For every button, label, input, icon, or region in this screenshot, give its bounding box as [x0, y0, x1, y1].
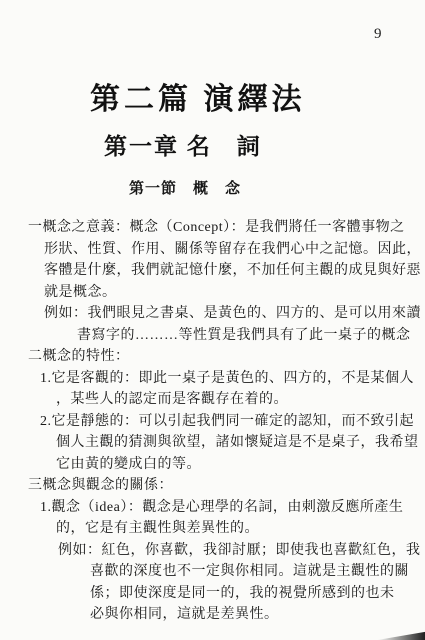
body-line: 二概念的特性：	[0, 346, 425, 368]
body-line: 一概念之意義：概念（Concept）：是我們將任一客體事物之	[0, 217, 425, 239]
body-line: ，某些人的認定而是客觀存在着的。	[0, 389, 425, 411]
body-line: 2.它是靜態的：可以引起我們同一確定的認知，而不致引起	[0, 411, 425, 433]
chapter-title: 第一章 名 詞	[104, 128, 262, 161]
body-line: 例如：我們眼見之書桌、是黃色的、四方的、是可以用來讀	[0, 303, 425, 325]
page-number: 9	[374, 26, 382, 43]
body-line: 個人主觀的猜測與欲望，諸如懷疑這是不是桌子，我希望	[0, 432, 425, 454]
body-line: 必與你相同，這就是差異性。	[0, 604, 425, 626]
body-line: 形狀、性質、作用、關係等留存在我們心中之記憶。因此，	[0, 239, 425, 261]
body-line: 例如：紅色，你喜歡，我卻討厭；即使我也喜歡紅色，我	[0, 540, 425, 562]
body-line: 它由黃的變成白的等。	[0, 454, 425, 476]
part-title: 第二篇 演繹法	[90, 74, 306, 118]
body-line: 三概念與觀念的關係：	[0, 475, 425, 497]
body-text: 一概念之意義：概念（Concept）：是我們將任一客體事物之 形狀、性質、作用、…	[0, 217, 425, 626]
page-curl-shadow	[377, 631, 425, 640]
body-line: 係；即使深度是同一的，我的視覺所感到的也未	[0, 583, 425, 605]
section-title: 第一節 概 念	[129, 177, 241, 198]
body-line: 喜歡的深度也不一定與你相同。這就是主觀性的關	[0, 561, 425, 583]
body-line: 的，它是有主觀性與差異性的。	[0, 518, 425, 540]
body-line: 書寫字的………等性質是我們具有了此一桌子的概念	[0, 325, 425, 347]
scanned-book-page: 9 第二篇 演繹法 第一章 名 詞 第一節 概 念 一概念之意義：概念（Conc…	[0, 0, 425, 640]
body-line: 就是概念。	[0, 282, 425, 304]
body-line: 客體是什麼，我們就記憶什麼，不加任何主觀的成見與好惡	[0, 260, 425, 282]
body-line: 1.它是客觀的：即此一桌子是黃色的、四方的，不是某個人	[0, 368, 425, 390]
body-line: 1.觀念（idea）：觀念是心理學的名詞，由刺激反應所產生	[0, 497, 425, 519]
